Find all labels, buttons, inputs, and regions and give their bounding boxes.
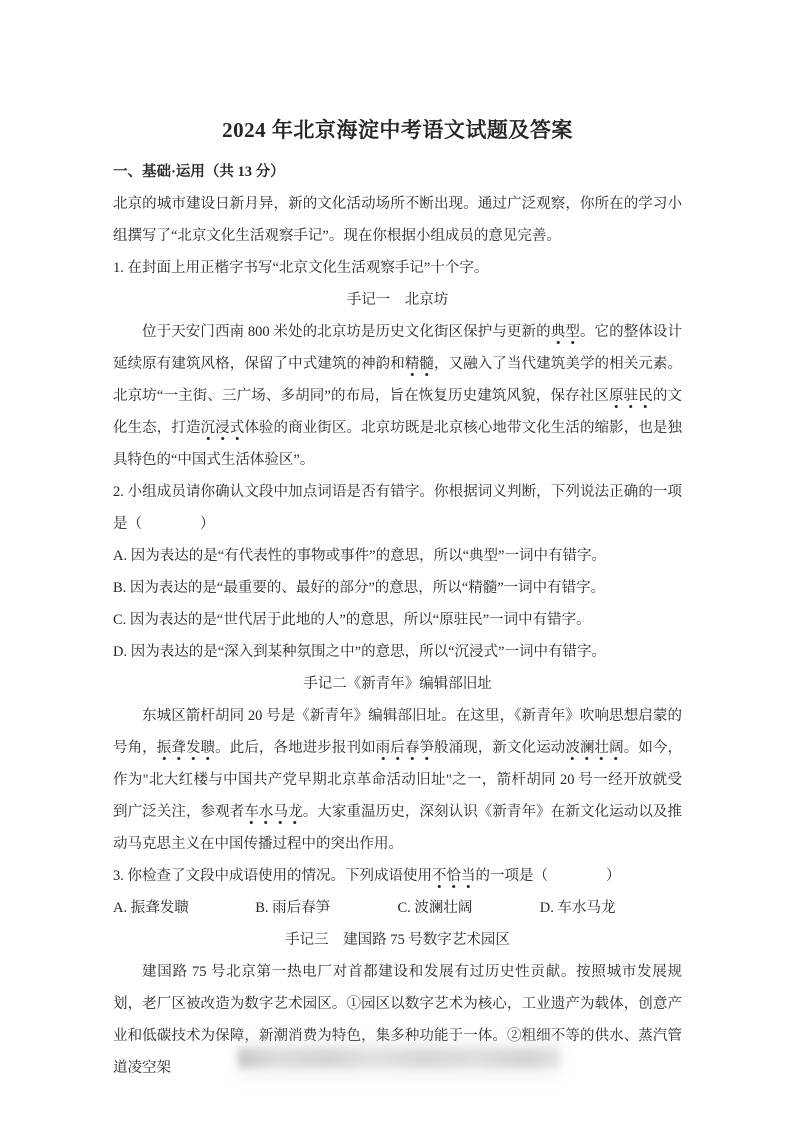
question-1: 1. 在封面上用正楷字书写“北京文化生活观察手记”十个字。 bbox=[113, 252, 682, 284]
page-title: 2024 年北京海淀中考语文试题及答案 bbox=[113, 112, 682, 148]
emphasized-term: 波澜壮阔 bbox=[565, 740, 623, 761]
question-2: 2. 小组成员请你确认文段中加点词语是否有错字。你根据词义判断，下列说法正确的一… bbox=[113, 476, 682, 540]
emphasized-term: 典型 bbox=[551, 324, 580, 345]
question-3: 3. 你检查了文段中成语使用的情况。下列成语使用不恰当的一项是（ ） bbox=[113, 860, 682, 892]
text-run: 位于天安门西南 800 米处的北京坊是历史文化街区保护与更新的 bbox=[142, 324, 551, 340]
text-run: 的一项是（ ） bbox=[476, 868, 621, 884]
emphasized-term: 原驻民 bbox=[609, 388, 653, 409]
q3-option-a: A. 振聋发聩 bbox=[113, 892, 255, 924]
q3-options-row: A. 振聋发聩 B. 雨后春笋 C. 波澜壮阔 D. 车水马龙 bbox=[113, 892, 682, 924]
text-run: 。此后，各地进步报刊如 bbox=[215, 740, 376, 756]
note1-title: 手记一 北京坊 bbox=[113, 284, 682, 316]
emphasized-term: 精髓 bbox=[405, 356, 434, 377]
q3-option-c: C. 波澜壮阔 bbox=[398, 892, 540, 924]
emphasized-term: 雨后春笋 bbox=[376, 740, 434, 761]
q2-option-d: D. 因为表达的是“深入到某种氛围之中”的意思，所以“沉浸式”一词中有错字。 bbox=[113, 636, 682, 668]
emphasized-term: 沉浸式 bbox=[201, 420, 245, 441]
q2-option-c: C. 因为表达的是“世代居于此地的人”的意思，所以“原驻民”一词中有错字。 bbox=[113, 604, 682, 636]
intro-paragraph: 北京的城市建设日新月异，新的文化活动场所不断出现。通过广泛观察，你所在的学习小组… bbox=[113, 188, 682, 252]
document-page: 2024 年北京海淀中考语文试题及答案 一、基础·运用（共 13 分） 北京的城… bbox=[0, 0, 793, 1122]
emphasized-term: 不恰当 bbox=[432, 868, 476, 889]
blurred-watermark bbox=[238, 1049, 560, 1068]
note3-title: 手记三 建国路 75 号数字艺术园区 bbox=[113, 924, 682, 956]
note2-title: 手记二《新青年》编辑部旧址 bbox=[113, 668, 682, 700]
text-run: 般涌现，新文化运动 bbox=[434, 740, 565, 756]
note1-paragraph: 位于天安门西南 800 米处的北京坊是历史文化街区保护与更新的典型。它的整体设计… bbox=[113, 316, 682, 476]
section-heading: 一、基础·运用（共 13 分） bbox=[113, 156, 682, 188]
emphasized-term: 振聋发聩 bbox=[157, 740, 215, 761]
q2-option-a: A. 因为表达的是“有代表性的事物或事件”的意思，所以“典型”一词中有错字。 bbox=[113, 540, 682, 572]
text-run: 3. 你检查了文段中成语使用的情况。下列成语使用 bbox=[113, 868, 432, 884]
emphasized-term: 车水马龙 bbox=[244, 804, 302, 825]
q2-option-b: B. 因为表达的是“最重要的、最好的部分”的意思，所以“精髓”一词中有错字。 bbox=[113, 572, 682, 604]
note2-paragraph: 东城区箭杆胡同 20 号是《新青年》编辑部旧址。在这里，《新青年》吹响思想启蒙的… bbox=[113, 700, 682, 860]
q3-option-b: B. 雨后春笋 bbox=[255, 892, 397, 924]
q3-option-d: D. 车水马龙 bbox=[540, 892, 682, 924]
